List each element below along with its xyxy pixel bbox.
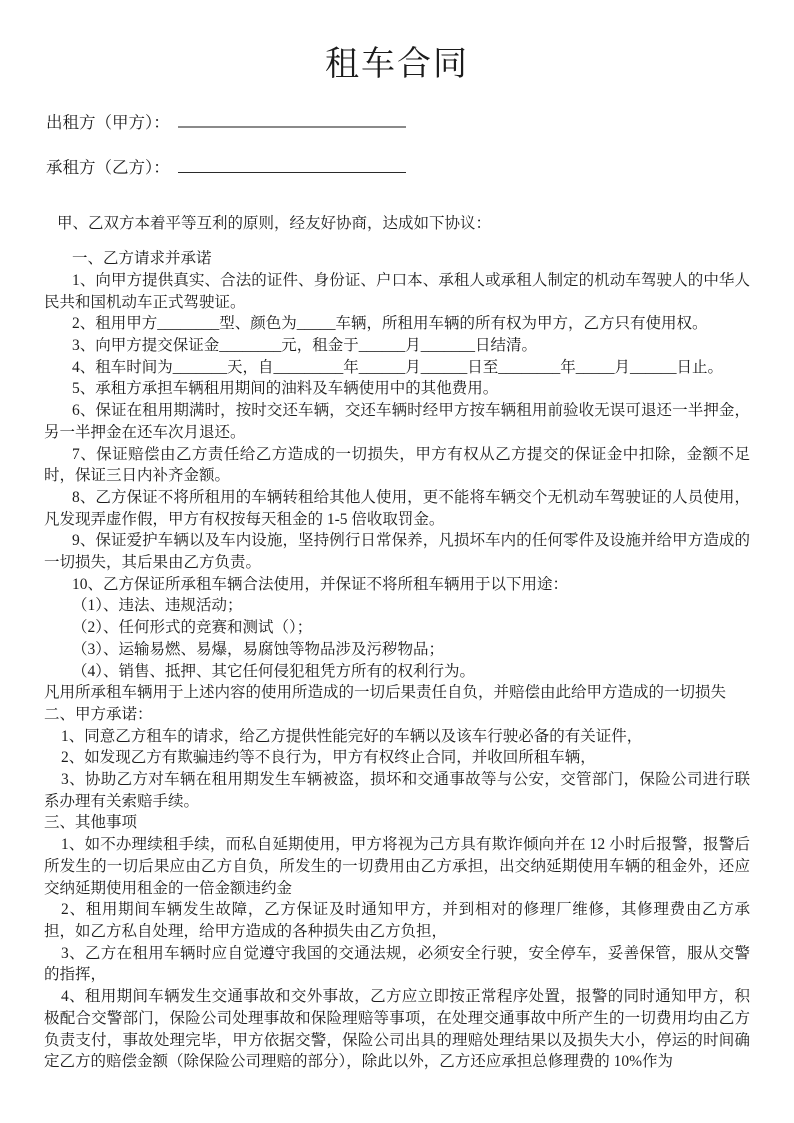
paragraph: 一、乙方请求并承诺 <box>44 248 750 270</box>
paragraph: 1、向甲方提供真实、合法的证件、身份证、户口本、承租人或承租人制定的机动车驾驶人… <box>44 270 750 313</box>
paragraph: 5、承租方承担车辆租用期间的油料及车辆使用中的其他费用。 <box>44 378 750 400</box>
intro-paragraph: 甲、乙双方本着平等互利的原则，经友好协商，达成如下协议： <box>44 213 750 235</box>
party-a-label: 出租方（甲方）： <box>46 109 170 133</box>
paragraph: 3、向甲方提交保证金________元，租金于______月_______日结清… <box>44 335 750 357</box>
paragraph: 6、保证在租用期满时，按时交还车辆，交还车辆时经甲方按车辆租用前验收无误可退还一… <box>44 400 750 443</box>
party-a-row: 出租方（甲方）： <box>46 109 750 133</box>
paragraph: （1）、违法、违规活动； <box>44 595 750 617</box>
paragraph: 二、甲方承诺： <box>44 704 750 726</box>
paragraph: 2、如发现乙方有欺骗违约等不良行为，甲方有权终止合同，并收回所租车辆， <box>44 747 750 769</box>
paragraph: 4、租车时间为_______天，自_________年______月______… <box>44 357 750 379</box>
paragraph: 8、乙方保证不将所租用的车辆转租给其他人使用，更不能将车辆交个无机动车驾驶证的人… <box>44 487 750 530</box>
paragraph: 凡用所承租车辆用于上述内容的使用所造成的一切后果责任自负，并赔偿由此给甲方造成的… <box>44 682 750 704</box>
paragraph: 3、协助乙方对车辆在租用期发生车辆被盗，损坏和交通事故等与公安，交管部门，保险公… <box>44 769 750 812</box>
contract-page: 租车合同 出租方（甲方）： 承租方（乙方）： 甲、乙双方本着平等互利的原则，经友… <box>0 0 794 1123</box>
paragraph: 9、保证爱护车辆以及车内设施，坚持例行日常保养，凡损坏车内的任何零件及设施并给甲… <box>44 530 750 573</box>
party-b-row: 承租方（乙方）： <box>46 154 750 178</box>
paragraph: （2）、任何形式的竞赛和测试（）； <box>44 617 750 639</box>
party-fields: 出租方（甲方）： 承租方（乙方）： <box>46 109 750 178</box>
contract-body: 一、乙方请求并承诺1、向甲方提供真实、合法的证件、身份证、户口本、承租人或承租人… <box>44 248 750 1073</box>
paragraph: 三、其他事项 <box>44 812 750 834</box>
paragraph: 1、如不办理续租手续，而私自延期使用，甲方将视为己方具有欺诈倾向并在 12 小时… <box>44 834 750 899</box>
contract-title: 租车合同 <box>0 0 794 87</box>
party-b-blank-field <box>178 157 406 173</box>
paragraph: 3、乙方在租用车辆时应自觉遵守我国的交通法规，必须安全行驶，安全停车，妥善保管，… <box>44 943 750 986</box>
party-b-label: 承租方（乙方）： <box>46 154 170 178</box>
paragraph: （3）、运输易燃、易爆，易腐蚀等物品涉及污秽物品； <box>44 639 750 661</box>
paragraph: 1、同意乙方租车的请求，给乙方提供性能完好的车辆以及该车行驶必备的有关证件， <box>44 726 750 748</box>
paragraph: 7、保证赔偿由乙方责任给乙方造成的一切损失，甲方有权从乙方提交的保证金中扣除，金… <box>44 444 750 487</box>
party-a-blank-field <box>178 111 406 128</box>
paragraph: 2、租用期间车辆发生故障，乙方保证及时通知甲方，并到相对的修理厂维修，其修理费由… <box>44 899 750 942</box>
paragraph: 10、乙方保证所承租车辆合法使用，并保证不将所租车辆用于以下用途： <box>44 574 750 596</box>
paragraph: （4）、销售、抵押、其它任何侵犯租凭方所有的权利行为。 <box>44 661 750 683</box>
paragraph: 2、租用甲方________型、颜色为_____车辆，所租用车辆的所有权为甲方，… <box>44 313 750 335</box>
paragraph: 4、租用期间车辆发生交通事故和交外事故，乙方应立即按正常程序处置，报警的同时通知… <box>44 986 750 1073</box>
